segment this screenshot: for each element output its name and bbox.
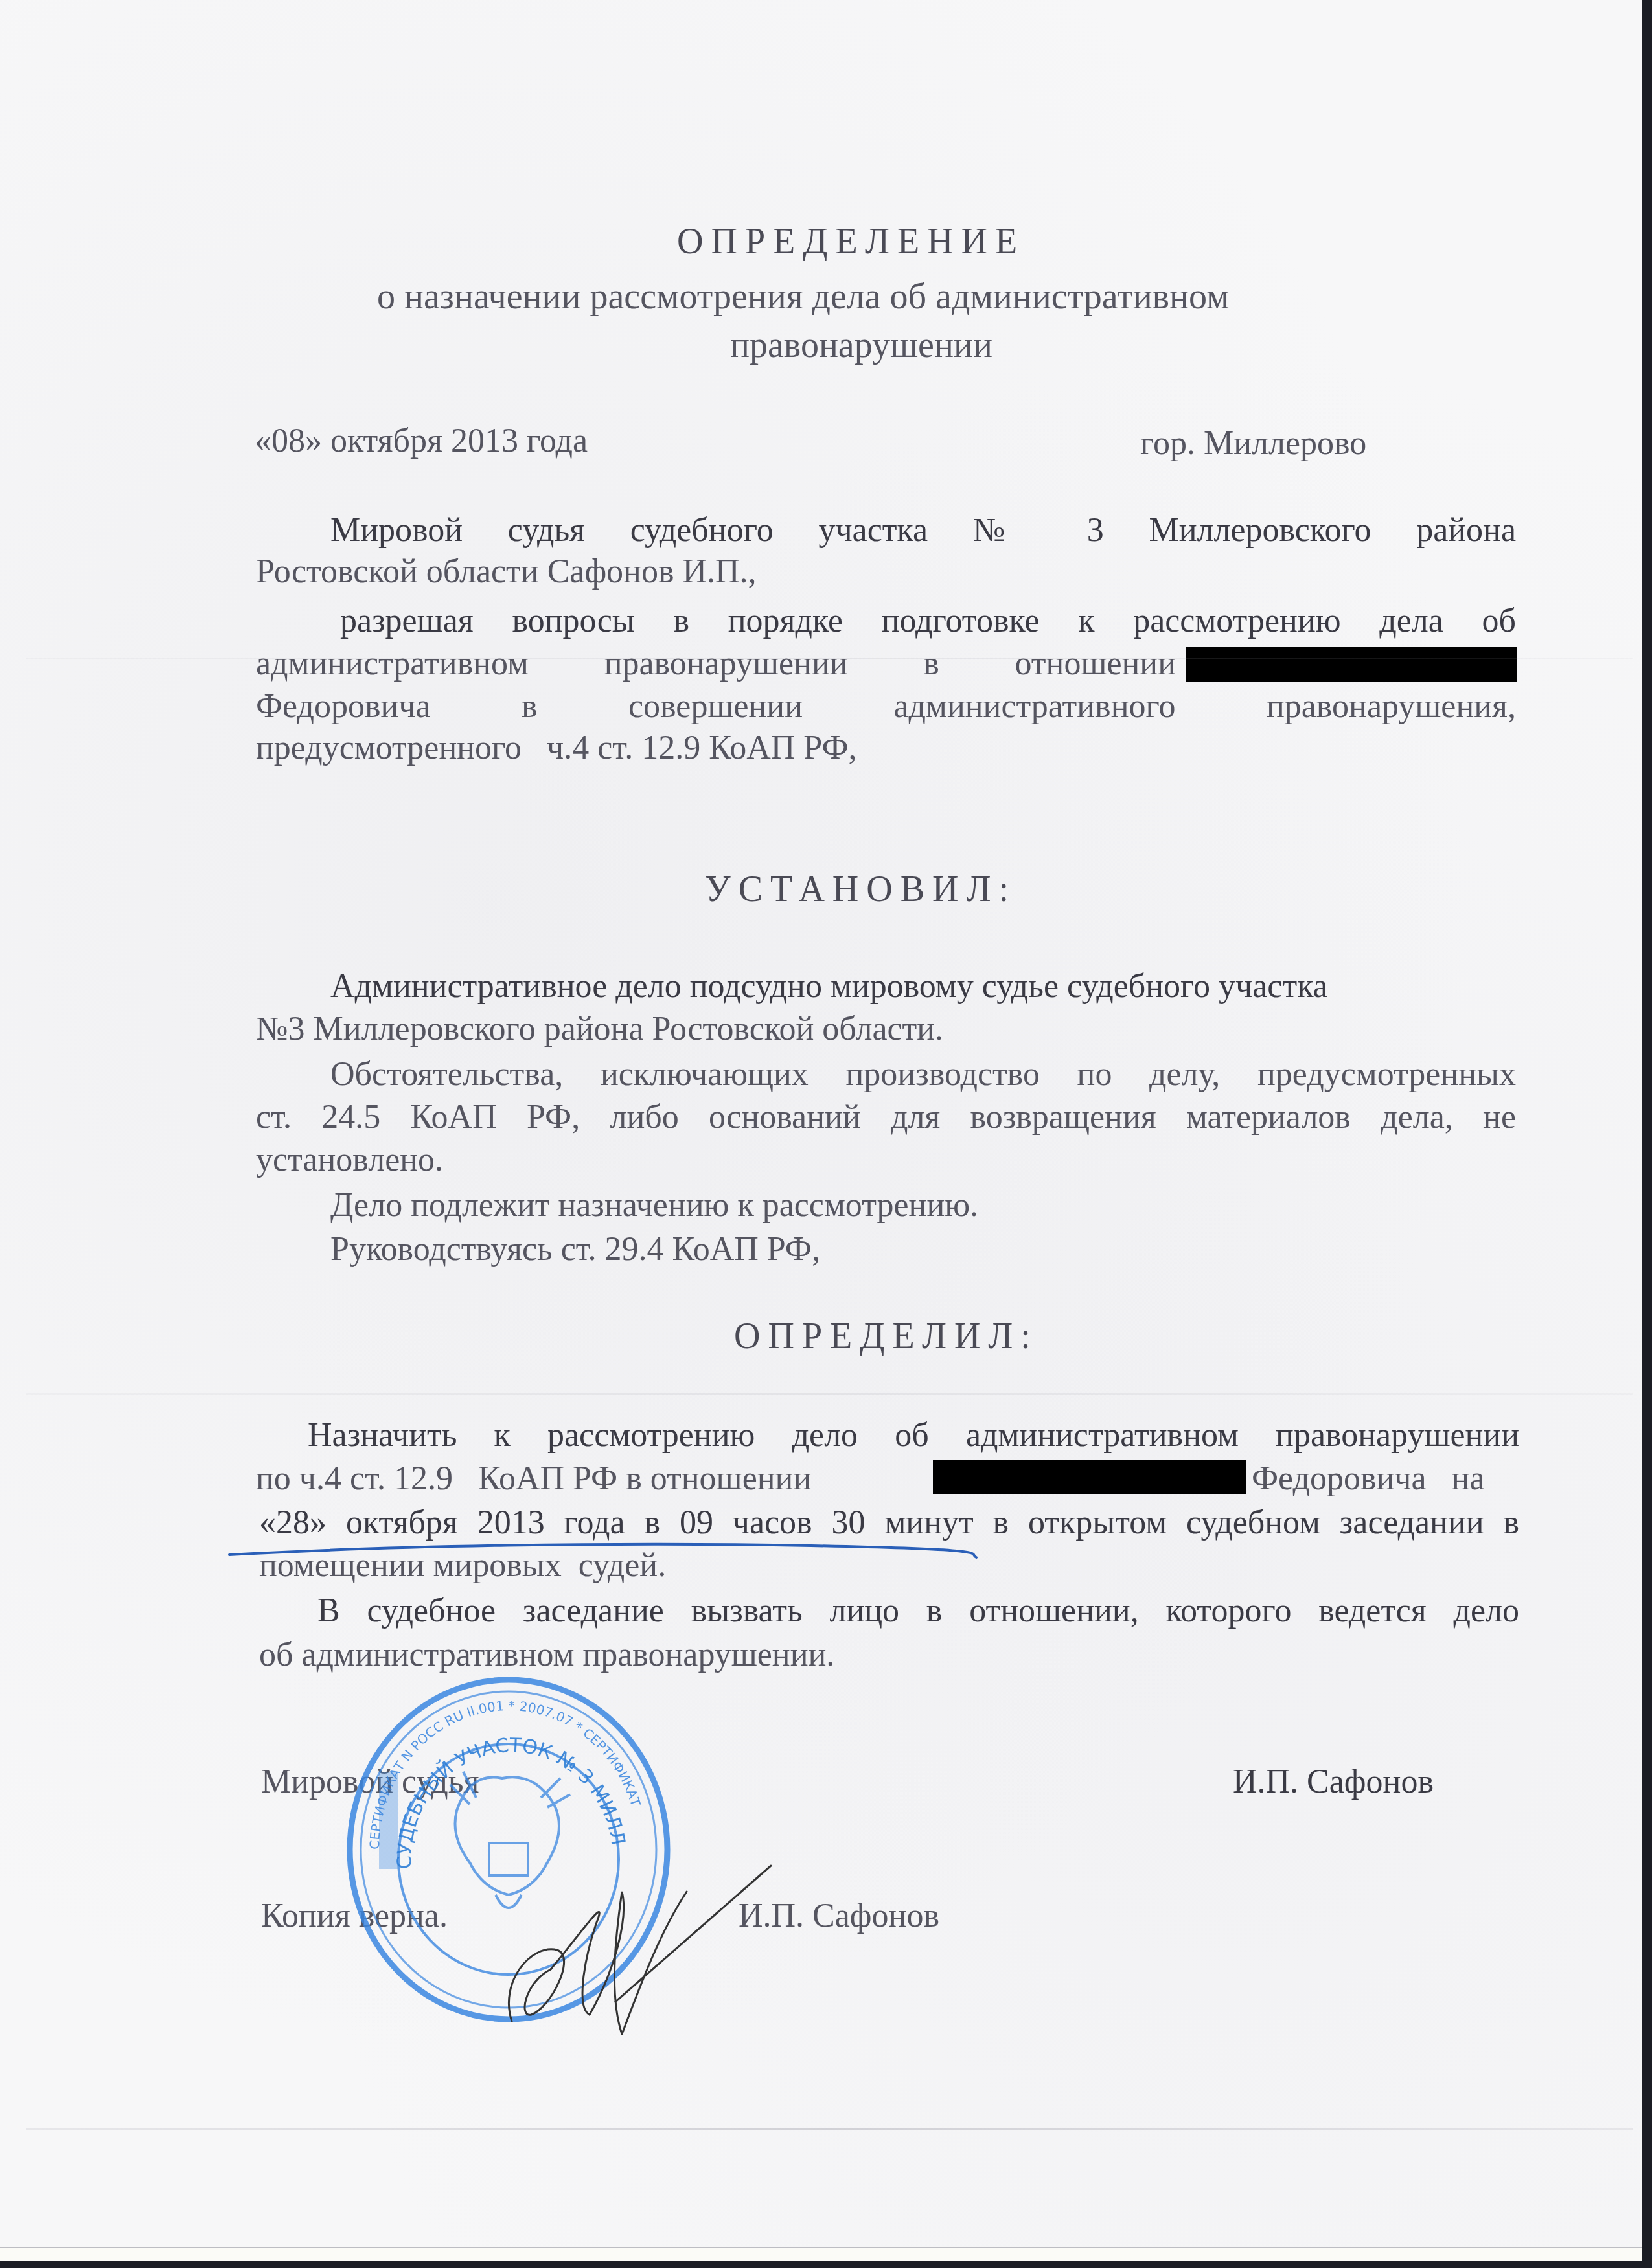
intro-line-2: Ростовской области Сафонов И.П.,	[256, 551, 757, 593]
document-city: гор. Миллерово	[1140, 422, 1366, 465]
established-p2-line1: Обстоятельства, исключающих производство…	[330, 1053, 1516, 1096]
established-p1-line2: №3 Миллеровского района Ростовской облас…	[256, 1008, 943, 1051]
pen-underline-mark	[228, 1541, 980, 1560]
determined-p1-line3: «28» октября 2013 года в 09 часов 30 мин…	[259, 1502, 1519, 1544]
determined-p1-line2a: по ч.4 ст. 12.9 КоАП РФ в отношении	[256, 1458, 811, 1500]
determined-p1-line1: Назначить к рассмотрению дело об админис…	[308, 1414, 1519, 1457]
document-subtitle-line1: о назначении рассмотрения дела об админи…	[377, 275, 1229, 318]
section-determined-heading: ОПРЕДЕЛИЛ:	[734, 1315, 1038, 1358]
document-title: ОПРЕДЕЛЕНИЕ	[677, 220, 1025, 263]
established-p2-line3: установлено.	[256, 1139, 443, 1182]
established-p4: Руководствуясь ст. 29.4 КоАП РФ,	[330, 1228, 820, 1271]
established-p1-line1: Административное дело подсудно мировому …	[330, 965, 1328, 1008]
redacted-name-1	[1186, 647, 1517, 682]
intro-line-6: предусмотренного ч.4 ст. 12.9 КоАП РФ,	[256, 727, 856, 770]
intro-line-1: Мировой судья судебного участка № 3 Милл…	[330, 509, 1516, 552]
document-subtitle-line2: правонарушении	[730, 324, 992, 367]
paper-fold-line	[26, 658, 1633, 659]
document-date: «08» октября 2013 года	[255, 420, 588, 463]
determined-p2-line2: об административном правонарушении.	[259, 1634, 834, 1677]
determined-p2-line1: В судебное заседание вызвать лицо в отно…	[317, 1590, 1519, 1632]
intro-line-3: разрешая вопросы в порядке подготовке к …	[340, 600, 1516, 643]
paper-fold-line	[26, 1393, 1633, 1395]
judge-name: И.П. Сафонов	[1233, 1761, 1434, 1804]
handwritten-signature	[492, 1853, 777, 2047]
intro-line-4: административном правонарушении в отноше…	[256, 643, 1176, 685]
section-established-heading: УСТАНОВИЛ:	[705, 868, 1016, 911]
established-p3: Дело подлежит назначению к рассмотрению.	[330, 1184, 978, 1227]
determined-p1-line2b: Федоровича на	[1252, 1458, 1484, 1500]
page-bottom-edge	[0, 2247, 1642, 2261]
paper-fold-line	[26, 2128, 1633, 2130]
redacted-name-2	[933, 1460, 1246, 1494]
established-p2-line2: ст. 24.5 КоАП РФ, либо оснований для воз…	[256, 1096, 1516, 1139]
scanned-page: ОПРЕДЕЛЕНИЕ о назначении рассмотрения де…	[0, 0, 1642, 2260]
intro-line-5: Федоровича в совершении административног…	[256, 685, 1516, 728]
